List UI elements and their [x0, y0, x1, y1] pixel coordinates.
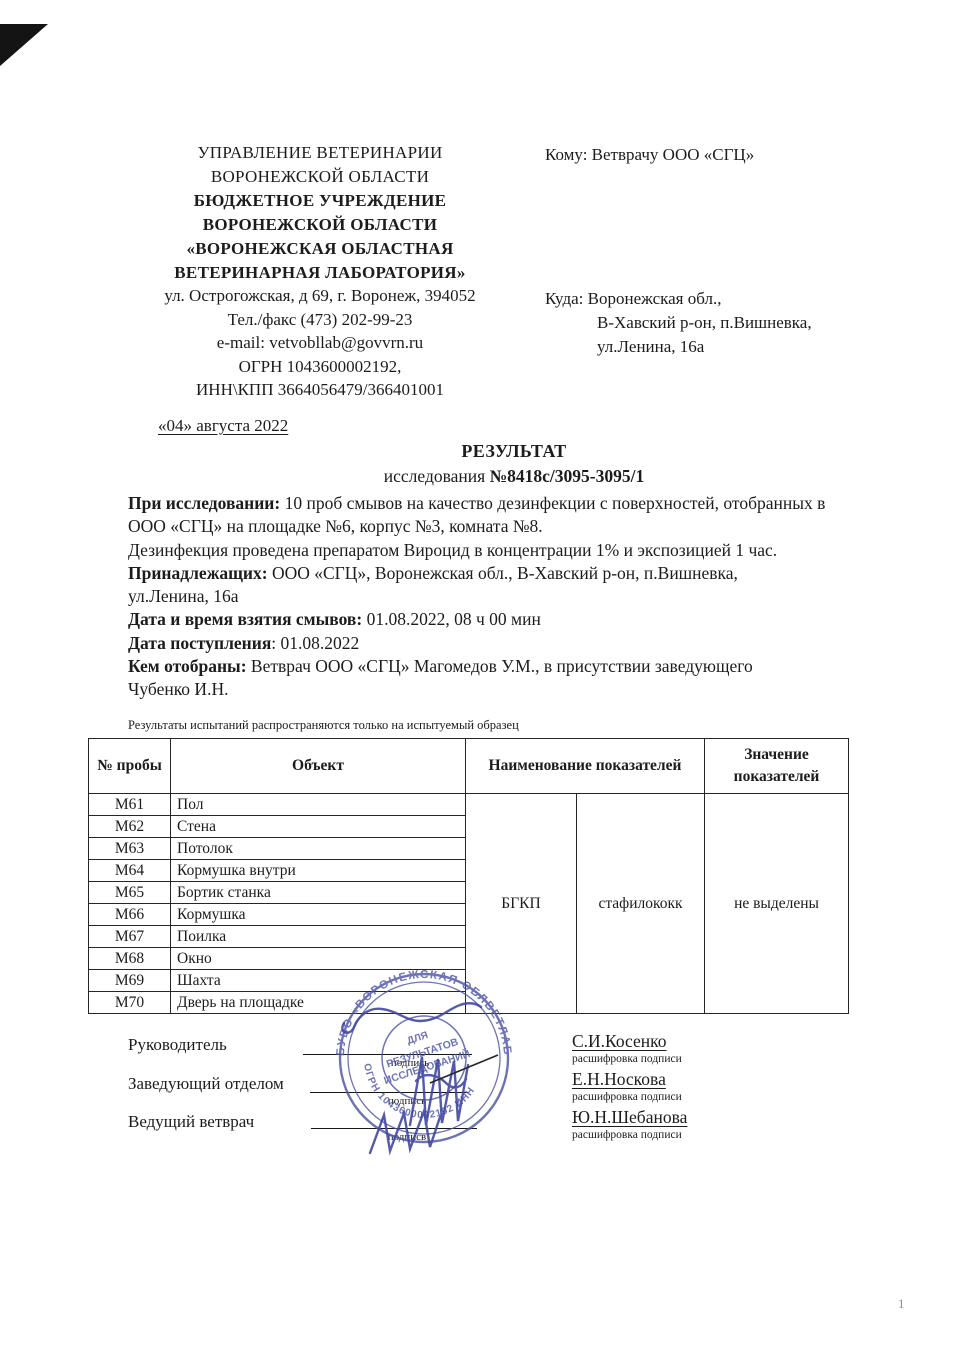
org-line: ВОРОНЕЖСКОЙ ОБЛАСТИ [102, 213, 538, 237]
ink-scribble-3 [370, 1111, 440, 1153]
address-line: ул. Острогожская, д 69, г. Воронеж, 3940… [102, 284, 538, 308]
document-date: «04» августа 2022 [158, 416, 288, 436]
sample-object: Стена [171, 816, 466, 838]
sample-id: М64 [89, 860, 171, 882]
signer-name: С.И.Косенко [572, 1031, 682, 1052]
sample-id: М65 [89, 882, 171, 904]
sample-object: Кормушка внутри [171, 860, 466, 882]
signature-role: Заведующий отделом [128, 1074, 284, 1094]
indicator-staph: стафилококк [577, 794, 705, 1014]
org-line: «ВОРОНЕЖСКАЯ ОБЛАСТНАЯ [102, 237, 538, 261]
address-line: e-mail: vetvobllab@govvrn.ru [102, 331, 538, 355]
sample-id: М70 [89, 992, 171, 1014]
col-header-value: Значение показателей [705, 739, 849, 794]
body-line: Дезинфекция проведена препаратом Вироцид… [128, 539, 918, 562]
table-row: М61 Пол БГКП стафилококк не выделены [89, 794, 849, 816]
col-header-indicator: Наименование показателей [466, 739, 705, 794]
ink-svg [298, 983, 533, 1168]
address-line: ОГРН 1043600002192, [102, 355, 538, 379]
table-header-row: № пробы Объект Наименование показателей … [89, 739, 849, 794]
body-line: Чубенко И.Н. [128, 678, 918, 701]
sample-id: М61 [89, 794, 171, 816]
sample-id: М67 [89, 926, 171, 948]
org-address: ул. Острогожская, д 69, г. Воронеж, 3940… [102, 284, 538, 402]
signer-name: Е.Н.Носкова [572, 1069, 682, 1090]
body-line: ООО «СГЦ» на площадке №6, корпус №3, ком… [128, 515, 918, 538]
destination-line: ул.Ленина, 16а [545, 335, 812, 359]
ink-scribble-1 [410, 1057, 468, 1125]
body-text: При исследовании: 10 проб смывов на каче… [128, 492, 918, 702]
sample-id: М68 [89, 948, 171, 970]
signer-block: Ю.Н.Шебанова расшифровка подписи [572, 1107, 687, 1141]
result-value: не выделены [705, 794, 849, 1014]
body-line: Дата и время взятия смывов: 01.08.2022, … [128, 608, 918, 631]
destination-line: В-Хавский р-он, п.Вишневка, [545, 311, 812, 335]
sample-object: Потолок [171, 838, 466, 860]
study-number: №8418с/3095-3095/1 [490, 466, 645, 486]
scanned-document-page: УПРАВЛЕНИЕ ВЕТЕРИНАРИИ ВОРОНЕЖСКОЙ ОБЛАС… [0, 0, 968, 1367]
signer-block: С.И.Косенко расшифровка подписи [572, 1031, 682, 1065]
org-line: ВОРОНЕЖСКОЙ ОБЛАСТИ [102, 165, 538, 189]
body-line: Дата поступления: 01.08.2022 [128, 632, 918, 655]
signer-caption: расшифровка подписи [572, 1129, 687, 1141]
ink-pen-stroke [430, 1055, 498, 1083]
document-title: РЕЗУЛЬТАТ [128, 441, 900, 462]
body-line: При исследовании: 10 проб смывов на каче… [128, 492, 918, 515]
org-line: УПРАВЛЕНИЕ ВЕТЕРИНАРИИ [102, 141, 538, 165]
address-line: ИНН\КПП 3664056479/366401001 [102, 378, 538, 402]
handwritten-signatures [298, 983, 533, 1168]
sample-object: Пол [171, 794, 466, 816]
body-line: Принадлежащих: ООО «СГЦ», Воронежская об… [128, 562, 918, 585]
signature-role: Руководитель [128, 1035, 227, 1055]
table-note: Результаты испытаний распространяются то… [128, 718, 519, 733]
sample-object: Кормушка [171, 904, 466, 926]
sample-object: Бортик станка [171, 882, 466, 904]
recipient-line: Кому: Ветврачу ООО «СГЦ» [545, 145, 754, 165]
page-number: 1 [898, 1296, 905, 1312]
ink-flourish [342, 1003, 481, 1033]
org-line: ВЕТЕРИНАРНАЯ ЛАБОРАТОРИЯ» [102, 261, 538, 285]
signer-caption: расшифровка подписи [572, 1091, 682, 1103]
signature-role: Ведущий ветврач [128, 1112, 254, 1132]
sample-id: М66 [89, 904, 171, 926]
destination-line: Куда: Воронежская обл., [545, 287, 812, 311]
org-line: БЮДЖЕТНОЕ УЧРЕЖДЕНИЕ [102, 189, 538, 213]
col-header-sample: № пробы [89, 739, 171, 794]
signer-block: Е.Н.Носкова расшифровка подписи [572, 1069, 682, 1103]
document-subtitle: исследования №8418с/3095-3095/1 [128, 466, 900, 487]
signer-name: Ю.Н.Шебанова [572, 1107, 687, 1128]
sample-id: М62 [89, 816, 171, 838]
sample-id: М63 [89, 838, 171, 860]
scan-corner-artifact [0, 24, 48, 66]
signer-caption: расшифровка подписи [572, 1053, 682, 1065]
col-header-object: Объект [171, 739, 466, 794]
body-line: Кем отобраны: Ветврач ООО «СГЦ» Магомедо… [128, 655, 918, 678]
destination-block: Куда: Воронежская обл., В-Хавский р-он, … [545, 287, 812, 359]
sample-object: Поилка [171, 926, 466, 948]
sample-id: М69 [89, 970, 171, 992]
address-line: Тел./факс (473) 202-99-23 [102, 308, 538, 332]
body-line: ул.Ленина, 16а [128, 585, 918, 608]
org-header: УПРАВЛЕНИЕ ВЕТЕРИНАРИИ ВОРОНЕЖСКОЙ ОБЛАС… [102, 141, 538, 285]
